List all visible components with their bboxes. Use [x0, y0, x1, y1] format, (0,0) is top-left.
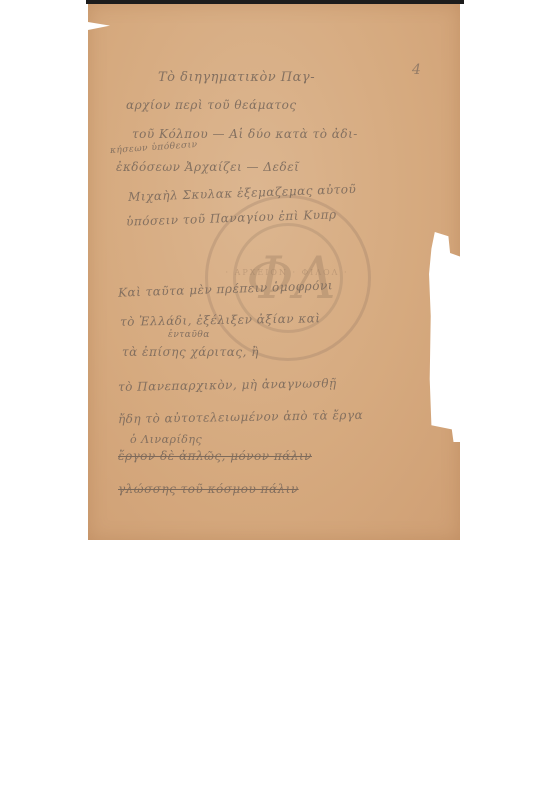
manuscript-line: ἐκδόσεων Ἀρχαίζει — Δεδεῖ [116, 160, 299, 174]
manuscript-line: αρχίον περὶ τοῦ θεάματος [126, 98, 297, 112]
manuscript-line: ὁ Λιναρίδης [130, 433, 202, 446]
manuscript-line: τὰ ἐπίσης χάριτας, ἢ [122, 345, 259, 359]
manuscript-line: Τὸ διηγηματικὸν Παγ- [158, 70, 315, 85]
manuscript-line-interlinear: ἐνταῦθα [168, 330, 210, 340]
manuscript-line-struck: ἔργον δὲ ἀπλῶς, μόνον πάλιν [118, 449, 312, 463]
torn-edge-right [428, 232, 462, 442]
page-number-mark: 4 [412, 62, 421, 78]
manuscript-line: τοῦ Κόλπου — Αἱ δύο κατὰ τὸ ἀδι- [132, 127, 358, 141]
manuscript-line-struck: γλώσσης τοῦ κόσμου πάλιν [118, 482, 299, 496]
